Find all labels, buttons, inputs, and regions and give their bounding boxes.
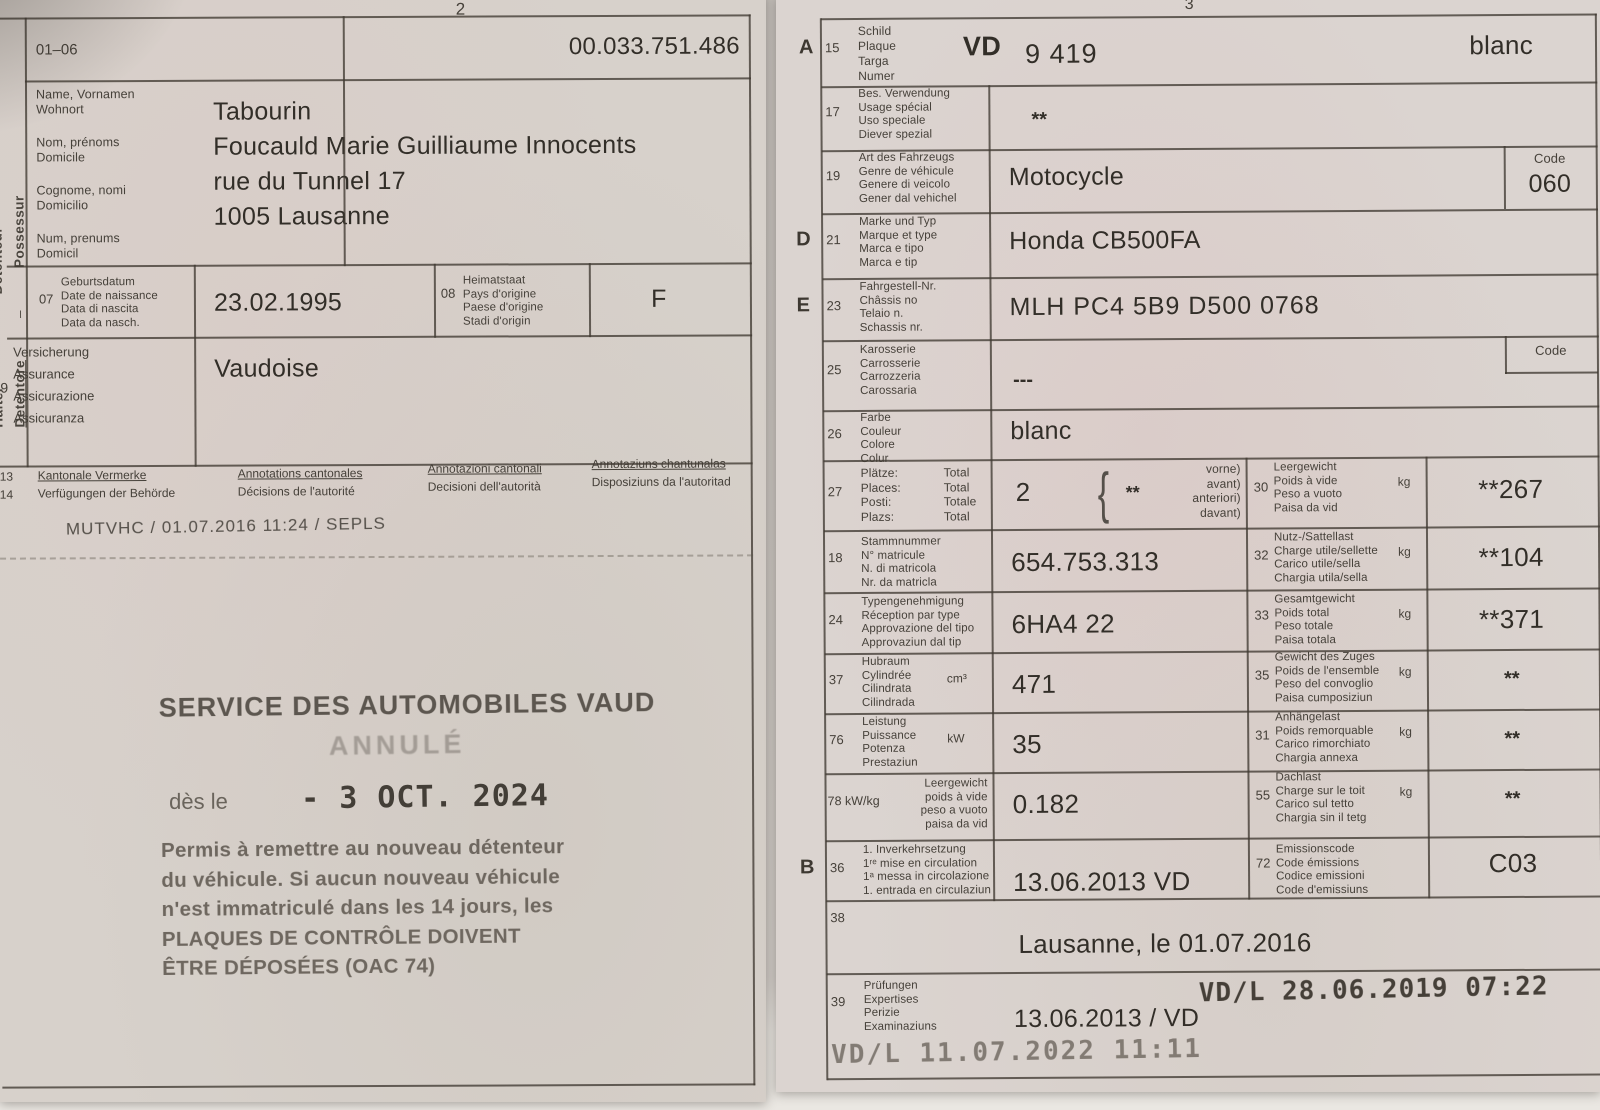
- table-rule-line: [822, 273, 1598, 280]
- table-rule-line: [589, 263, 591, 337]
- displacement-label: Hubraum Cylindrée Cilindrata Cilindrada: [862, 656, 915, 710]
- right-page: 3 A 15 Schild Plaque Targa Numer VD 9 41…: [776, 0, 1600, 1092]
- field-31-number: 31: [1255, 727, 1270, 742]
- table-rule-line: [749, 14, 756, 1085]
- stock-number-value: 654.753.313: [1011, 546, 1159, 578]
- from-date-label: dès le: [169, 789, 228, 815]
- field-55-number: 55: [1256, 787, 1271, 802]
- field-36-number: 36: [830, 860, 845, 875]
- make-type-label: Marke und Typ Marque et type Marca e tip…: [859, 216, 937, 270]
- document-number: 00.033.751.486: [418, 32, 740, 61]
- power-weight-ratio-value: 0.182: [1013, 789, 1080, 820]
- name-label-rm: Num, prenums Domicil: [37, 231, 120, 261]
- roof-load-label: Dachlast Charge sur le toit Carico sul t…: [1275, 771, 1366, 826]
- plate-canton-value: VD: [963, 31, 1001, 62]
- name-label-de: Name, Vornamen Wohnort: [36, 87, 135, 117]
- colour-value: blanc: [1010, 417, 1071, 446]
- issue-place-date-value: Lausanne, le 01.07.2016: [1018, 927, 1311, 960]
- field-14-number: 14: [0, 488, 13, 502]
- origin-country-label: Heimatstaat Pays d'origine Paese d'origi…: [463, 274, 544, 328]
- roof-load-value: **: [1438, 788, 1588, 812]
- inspection-stamp-2022: VD/L 11.07.2022 11:11: [831, 1034, 1202, 1070]
- origin-country-value: F: [599, 285, 719, 315]
- field-26-number: 26: [827, 426, 842, 441]
- field-38-number: 38: [830, 910, 845, 925]
- table-rule-line: [988, 85, 995, 901]
- body-code-label: Code: [1507, 343, 1595, 357]
- field-78-number: 78 kW/kg: [828, 794, 880, 808]
- table-rule-line: [1505, 371, 1598, 374]
- field-08-number: 08: [441, 286, 456, 301]
- body-type-label: Karosserie Carrosserie Carrozzeria Caros…: [860, 344, 921, 398]
- empty-weight-value: **267: [1436, 474, 1586, 506]
- roof-load-unit: kg: [1400, 785, 1413, 799]
- cancellation-office-stamp: SERVICE DES AUTOMOBILES VAUD: [159, 687, 656, 724]
- empty-weight-label: Leergewicht Poids à vide Peso a vuoto Pa…: [1274, 461, 1343, 515]
- first-registration-value: 13.06.2013 VD: [1013, 866, 1191, 898]
- train-weight-unit: kg: [1399, 665, 1412, 679]
- margin-dash: –: [0, 336, 5, 344]
- cantonal-header-de: Kantonale Vermerke Verfügungen der Behör…: [38, 466, 176, 503]
- total-weight-label: Gesamtgewicht Poids total Peso totale Pa…: [1274, 593, 1355, 647]
- payload-unit: kg: [1398, 545, 1411, 559]
- field-32-number: 32: [1254, 547, 1269, 562]
- cantonal-header-rm: Annotaziuns chantunalas Disposiziuns da …: [592, 454, 731, 491]
- field-24-number: 24: [828, 612, 843, 627]
- birthdate-label: Geburtsdatum Date de naissance Data di n…: [61, 276, 158, 330]
- table-rule-line: [823, 335, 1599, 342]
- mutation-record-line: MUTVHC / 01.07.2016 11:24 / SEPLS: [66, 514, 386, 540]
- name-label-fr: Nom, prénoms Domicile: [36, 135, 119, 165]
- seats-value: 2: [1016, 477, 1031, 508]
- power-unit: kW: [947, 731, 964, 745]
- field-13-number: 13: [0, 470, 13, 484]
- holder-word-possessur: Possessur: [11, 195, 26, 268]
- displacement-unit: cm³: [947, 671, 967, 685]
- holder-margin-outer: Halter–Détenteur: [0, 227, 5, 428]
- table-rule-line: [825, 708, 1600, 715]
- inspection-date-value: 13.06.2013 / VD: [1014, 1004, 1199, 1034]
- train-weight-value: **: [1437, 668, 1587, 692]
- birthdate-value: 23.02.1995: [214, 288, 342, 318]
- field-23-number: 23: [827, 298, 842, 313]
- cantonal-subtitle-fr: Décisions de l'autorité: [238, 482, 363, 501]
- field-72-number: 72: [1256, 855, 1271, 870]
- field-07-number: 07: [39, 291, 54, 306]
- plate-return-notice-stamp: Permis à remettre au nouveau détenteur d…: [161, 832, 566, 983]
- power-weight-ratio-label: Leergewicht poids à vide peso a vuoto pa…: [897, 777, 987, 832]
- field-37-number: 37: [829, 672, 844, 687]
- field-35-number: 35: [1255, 667, 1270, 682]
- table-rule-line: [823, 405, 1599, 412]
- type-approval-value: 6HA4 22: [1011, 608, 1114, 640]
- table-rule-line: [827, 1073, 1600, 1080]
- table-rule-line: [25, 77, 751, 82]
- table-rule-line: [821, 81, 1597, 88]
- holder-word-detenteur: Détenteur: [0, 227, 5, 295]
- table-rule-line: [7, 262, 752, 267]
- section-letter-d: D: [796, 228, 811, 251]
- field-19-number: 19: [826, 168, 841, 183]
- train-weight-label: Gewicht des Zuges Poids de l'ensemble Pe…: [1275, 651, 1380, 706]
- power-value: 35: [1012, 729, 1042, 760]
- plate-number-value: 9 419: [1025, 39, 1098, 70]
- table-rule-line: [824, 525, 1600, 532]
- special-use-value: **: [1031, 109, 1047, 132]
- vehicle-kind-code-value: 060: [1506, 170, 1594, 200]
- table-rule-line: [1504, 146, 1506, 209]
- field-25-number: 25: [827, 362, 842, 377]
- body-type-value: ---: [1013, 369, 1033, 392]
- total-weight-unit: kg: [1398, 607, 1411, 621]
- field-09-number: 9: [0, 380, 8, 396]
- power-label: Leistung Puissance Potenza Prestaziun: [862, 716, 918, 770]
- cantonal-title-de: Kantonale Vermerke: [38, 466, 176, 485]
- page-number: 3: [1185, 0, 1194, 14]
- insurance-value: Vaudoise: [214, 354, 319, 383]
- cantonal-title-it: Annotazioni cantonali: [428, 459, 542, 477]
- towing-weight-unit: kg: [1399, 725, 1412, 739]
- emission-code-label: Emissionscode Code émissions Codice emis…: [1276, 843, 1368, 898]
- field-30-number: 30: [1254, 479, 1269, 494]
- section-letter-b: B: [800, 856, 815, 879]
- vehicle-kind-code-label: Code: [1506, 152, 1594, 166]
- vehicle-kind-value: Motocycle: [1009, 162, 1124, 192]
- field-18-number: 18: [828, 550, 843, 565]
- colour-label: Farbe Couleur Colore Colur: [860, 412, 901, 466]
- field-range-label: 01–06: [36, 41, 78, 58]
- cantonal-header-fr: Annotations cantonales Décisions de l'au…: [238, 464, 363, 501]
- section-letter-a: A: [799, 36, 814, 59]
- table-rule-line: [822, 208, 1598, 215]
- cantonal-subtitle-de: Verfügungen der Behörde: [38, 484, 176, 503]
- faint-separator-line: [0, 554, 753, 559]
- field-21-number: 21: [826, 232, 841, 247]
- table-rule-line: [826, 835, 1600, 842]
- towing-weight-value: **: [1437, 728, 1587, 752]
- annule-stamp: ANNULÉ: [329, 729, 466, 762]
- first-registration-label: 1. Inverkehrsetzung 1ʳᵉ mise en circulat…: [863, 843, 991, 898]
- front-seats-label: vorne) avant) anteriori) davant): [1151, 462, 1241, 521]
- field-76-number: 76: [829, 732, 844, 747]
- field-27-number: 27: [828, 484, 843, 499]
- name-label-it: Cognome, nomi Domicilio: [36, 183, 126, 213]
- table-rule-line: [821, 13, 1597, 20]
- table-rule-line: [1246, 458, 1251, 900]
- cantonal-subtitle-it: Decisioni dell'autorità: [428, 477, 542, 495]
- displacement-value: 471: [1012, 669, 1056, 700]
- emission-code-value: C03: [1438, 848, 1588, 880]
- cantonal-title-fr: Annotations cantonales: [238, 464, 363, 483]
- inspections-label: Prüfungen Expertises Perizie Examinaziun…: [864, 980, 937, 1034]
- chassis-number-label: Fahrgestell-Nr. Châssis no Telaio n. Sch…: [859, 281, 936, 335]
- holder-name-address: Tabourin Foucauld Marie Guilliaume Innoc…: [213, 93, 637, 235]
- payload-label: Nutz-/Sattellast Charge utile/sellette C…: [1274, 531, 1378, 586]
- front-seats-value: **: [1126, 482, 1140, 503]
- field-15-number: 15: [825, 40, 840, 55]
- table-rule-line: [822, 145, 1598, 152]
- plate-label: Schild Plaque Targa Numer: [858, 24, 896, 84]
- chassis-number-value: MLH PC4 5B9 D500 0768: [1010, 291, 1320, 322]
- inspection-stamp-2019: VD/L 28.06.2019 07:22: [1199, 971, 1549, 1008]
- vehicle-kind-label: Art des Fahrzeugs Genre de véhicule Gene…: [859, 151, 957, 206]
- seats-label: Plätze: Places: Posti: Plazs:: [861, 466, 901, 524]
- make-type-value: Honda CB500FA: [1009, 226, 1201, 256]
- table-rule-line: [825, 768, 1600, 775]
- left-page: 2 Halter–Détenteur Detentore–Possessur 0…: [0, 0, 766, 1102]
- plate-color-value: blanc: [1373, 30, 1533, 62]
- field-33-number: 33: [1254, 607, 1269, 622]
- table-rule-line: [7, 334, 752, 339]
- table-rule-line: [1505, 336, 1507, 374]
- total-weight-value: **371: [1436, 604, 1586, 636]
- table-rule-line: [2, 1083, 755, 1088]
- table-rule-line: [434, 264, 436, 338]
- table-rule-line: [0, 14, 751, 19]
- stock-number-label: Stammnummer N° matricule N. di matricola…: [861, 535, 941, 589]
- cancellation-date-stamp: - 3 OCT. 2024: [301, 778, 549, 816]
- type-approval-label: Typengenehmigung Réception par type Appr…: [861, 595, 974, 650]
- field-39-number: 39: [831, 994, 846, 1009]
- towing-weight-label: Anhängelast Poids remorquable Carico rim…: [1275, 711, 1374, 766]
- section-letter-e: E: [797, 294, 810, 317]
- special-use-label: Bes. Verwendung Usage spécial Uso specia…: [858, 87, 950, 142]
- empty-weight-unit: kg: [1398, 475, 1411, 489]
- field-17-number: 17: [825, 104, 840, 119]
- table-rule-line: [1595, 13, 1600, 1075]
- seats-total-label: Total Total Totale Total: [944, 465, 977, 523]
- front-seats-bracket: {: [1098, 462, 1110, 526]
- table-rule-line: [194, 265, 197, 467]
- table-rule-line: [1426, 457, 1431, 899]
- payload-value: **104: [1436, 542, 1586, 574]
- margin-dash: –: [12, 310, 27, 318]
- cantonal-subtitle-rm: Disposiziuns da l'autoritad: [592, 472, 731, 491]
